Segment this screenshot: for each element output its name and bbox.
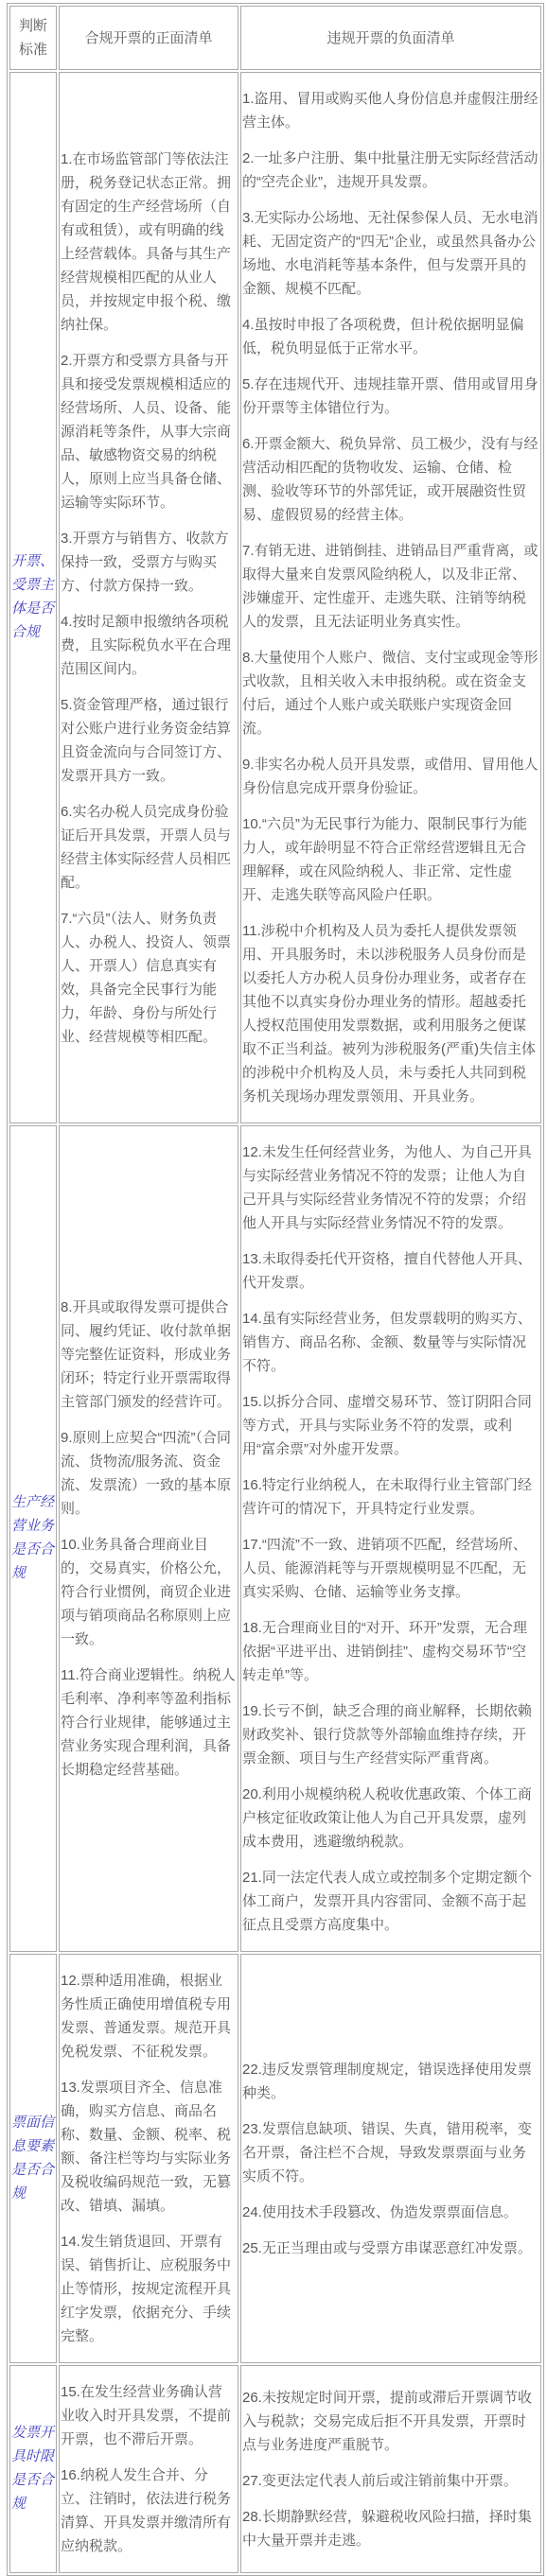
negative-item: 22.违反发票管理制度规定，错误选择使用发票种类。 (242, 2058, 538, 2105)
positive-list-column-header: 合规开票的正面清单 (59, 6, 238, 70)
row-label-business: 生产经营业务是否合规 (9, 1125, 57, 1952)
invoice-compliance-document: 判断标准 合规开票的正面清单 违规开票的负面清单 开票、受票主体是否合规 1.在… (0, 0, 547, 2576)
negative-item: 13.未取得委托代开资格，擅自代替他人开具、代开发票。 (242, 1247, 538, 1295)
negative-item: 11.涉税中介机构及人员为委托人提供发票领用、开具服务时，未以涉税服务人员身份而… (242, 919, 538, 1108)
positive-item: 12.票种适用准确，根据业务性质正确使用增值税专用发票、普通发票。规范开具免税发… (61, 1969, 236, 2063)
negative-item: 12.未发生任何经营业务，为他人、为自己开具与实际经营业务情况不符的发票；让他人… (242, 1140, 538, 1235)
negative-item: 23.发票信息缺项、错误、失真，错用税率，变名开票，备注栏不合规，导致发票票面与… (242, 2117, 538, 2188)
negative-item: 16.特定行业纳税人，在未取得行业主管部门经营许可的情况下，开具特定行业发票。 (242, 1473, 538, 1521)
criteria-column-header: 判断标准 (9, 6, 57, 70)
positive-cell-business: 8.开具或取得发票可提供合同、履约凭证、收付款单据等完整佐证资料，形成业务闭环；… (59, 1125, 238, 1952)
negative-item: 9.非实名办税人员开具发票，或借用、冒用他人身份信息完成开票身份验证。 (242, 753, 538, 800)
row-label-subject: 开票、受票主体是否合规 (9, 72, 57, 1123)
negative-item: 5.存在违规代开、违规挂靠开票、借用或冒用身份开票等主体错位行为。 (242, 373, 538, 420)
positive-item: 16.纳税人发生合并、分立、注销时，依法进行税务清算、开具发票并缴清所有应纳税款… (61, 2463, 236, 2558)
negative-item: 18.无合理商业目的“对开、环开”发票，无合理依据“平进平出、进销倒挂”、虚构交… (242, 1616, 538, 1687)
positive-item: 8.开具或取得发票可提供合同、履约凭证、收付款单据等完整佐证资料，形成业务闭环；… (61, 1296, 236, 1414)
negative-item: 28.长期静默经营，躲避税收风险扫描，择时集中大量开票并走逃。 (242, 2505, 538, 2552)
negative-item: 25.无正当理由或与受票方串谋恶意红冲发票。 (242, 2237, 538, 2260)
negative-item: 21.同一法定代表人成立或控制多个定期定额个体工商户，发票开具内容雷同、金额不高… (242, 1866, 538, 1937)
positive-item: 11.符合商业逻辑性。纳税人毛利率、净利率等盈利指标符合行业规律，能够通过主营业… (61, 1663, 236, 1782)
negative-item: 8.大量使用个人账户、微信、支付宝或现金等形式收款，且相关收入未申报纳税。或在资… (242, 646, 538, 740)
negative-cell-subject: 1.盗用、冒用或购买他人身份信息并虚假注册经营主体。 2.一址多户注册、集中批量… (240, 72, 541, 1123)
negative-item: 7.有销无进、进销倒挂、进销品目严重背离，或取得大量来自发票风险纳税人，以及非正… (242, 539, 538, 634)
positive-item: 2.开票方和受票方具备与开具和接受发票规模相适应的经营场所、人员、设备、能源消耗… (61, 349, 236, 514)
table-row-timing-compliance: 发票开具时限是否合规 15.在发生经营业务确认营业收入时开具发票，不提前开票，也… (9, 2365, 541, 2573)
positive-item: 5.资金管理严格，通过银行对公账户进行业务资金结算且资金流向与合同签订方、发票开… (61, 693, 236, 788)
negative-item: 2.一址多户注册、集中批量注册无实际经营活动的“空壳企业”，违规开具发票。 (242, 147, 538, 194)
negative-item: 15.以拆分合同、虚增交易环节、签订阴阳合同等方式，开具与实际业务不符的发票，或… (242, 1390, 538, 1461)
positive-item: 1.在市场监管部门等依法注册，税务登记状态正常。拥有固定的生产经营场所（自有或租… (61, 148, 236, 337)
negative-item: 4.虽按时申报了各项税费，但计税依据明显偏低，税负明显低于正常水平。 (242, 313, 538, 360)
positive-item: 6.实名办税人员完成身份验证后开具发票，开票人员与经营主体实际经营人员相匹配。 (61, 800, 236, 895)
positive-cell-invoice-info: 12.票种适用准确，根据业务性质正确使用增值税专用发票、普通发票。规范开具免税发… (59, 1954, 238, 2363)
positive-cell-timing: 15.在发生经营业务确认营业收入时开具发票，不提前开票，也不滞后开票。 16.纳… (59, 2365, 238, 2573)
negative-item: 24.使用技术手段篡改、伪造发票票面信息。 (242, 2201, 538, 2224)
negative-item: 20.利用小规模纳税人税收优惠政策、个体工商户核定征收政策让他人为自己开具发票，… (242, 1783, 538, 1854)
table-row-invoice-info-compliance: 票面信息要素是否合规 12.票种适用准确，根据业务性质正确使用增值税专用发票、普… (9, 1954, 541, 2363)
positive-item: 7.“六员”（法人、财务负责人、办税人、投资人、领票人、开票人）信息真实有效，具… (61, 907, 236, 1049)
negative-item: 26.未按规定时间开票，提前或滞后开票调节收入与税款；交易完成后拒不开具发票，开… (242, 2386, 538, 2457)
negative-item: 1.盗用、冒用或购买他人身份信息并虚假注册经营主体。 (242, 87, 538, 134)
negative-cell-business: 12.未发生任何经营业务，为他人、为自己开具与实际经营业务情况不符的发票；让他人… (240, 1125, 541, 1952)
compliance-comparison-table: 判断标准 合规开票的正面清单 违规开票的负面清单 开票、受票主体是否合规 1.在… (7, 3, 544, 2576)
positive-item: 13.发票项目齐全、信息准确，购买方信息、商品名称、数量、金额、税率、税额、备注… (61, 2076, 236, 2218)
row-label-invoice-info: 票面信息要素是否合规 (9, 1954, 57, 2363)
negative-list-column-header: 违规开票的负面清单 (240, 6, 541, 70)
positive-item: 9.原则上应契合“四流”（合同流、货物流/服务流、资金流、发票流）一致的基本原则… (61, 1426, 236, 1521)
negative-item: 10.“六员”为无民事行为能力、限制民事行为能力人，或年龄明显不符合正常经营逻辑… (242, 812, 538, 907)
negative-item: 3.无实际办公场地、无社保参保人员、无水电消耗、无固定资产的“四无”企业，或虽然… (242, 206, 538, 301)
negative-item: 14.虽有实际经营业务，但发票载明的购买方、销售方、商品名称、金额、数量等与实际… (242, 1307, 538, 1378)
negative-cell-invoice-info: 22.违反发票管理制度规定，错误选择使用发票种类。 23.发票信息缺项、错误、失… (240, 1954, 541, 2363)
header-row: 判断标准 合规开票的正面清单 违规开票的负面清单 (9, 6, 541, 70)
negative-item: 17.“四流”不一致、进销项不匹配，经营场所、人员、能源消耗等与开票规模明显不匹… (242, 1533, 538, 1604)
positive-cell-subject: 1.在市场监管部门等依法注册，税务登记状态正常。拥有固定的生产经营场所（自有或租… (59, 72, 238, 1123)
negative-item: 19.长亏不倒，缺乏合理的商业解释，长期依赖财政奖补、银行贷款等外部输血维持存续… (242, 1699, 538, 1770)
negative-item: 27.变更法定代表人前后或注销前集中开票。 (242, 2469, 538, 2493)
positive-item: 14.发生销货退回、开票有误、销售折让、应税服务中止等情形，按规定流程开具红字发… (61, 2230, 236, 2348)
positive-item: 15.在发生经营业务确认营业收入时开具发票，不提前开票，也不滞后开票。 (61, 2380, 236, 2451)
positive-item: 10.业务具备合理商业目的，交易真实，价格公允，符合行业惯例，商贸企业进项与销项… (61, 1533, 236, 1651)
table-row-subject-compliance: 开票、受票主体是否合规 1.在市场监管部门等依法注册，税务登记状态正常。拥有固定… (9, 72, 541, 1123)
row-label-timing: 发票开具时限是否合规 (9, 2365, 57, 2573)
negative-cell-timing: 26.未按规定时间开票，提前或滞后开票调节收入与税款；交易完成后拒不开具发票，开… (240, 2365, 541, 2573)
positive-item: 3.开票方与销售方、收款方保持一致，受票方与购买方、付款方保持一致。 (61, 527, 236, 598)
table-row-business-compliance: 生产经营业务是否合规 8.开具或取得发票可提供合同、履约凭证、收付款单据等完整佐… (9, 1125, 541, 1952)
positive-item: 4.按时足额申报缴纳各项税费，且实际税负水平在合理范围区间内。 (61, 610, 236, 681)
negative-item: 6.开票金额大、税负异常、员工极少，没有与经营活动相匹配的货物收发、运输、仓储、… (242, 432, 538, 527)
